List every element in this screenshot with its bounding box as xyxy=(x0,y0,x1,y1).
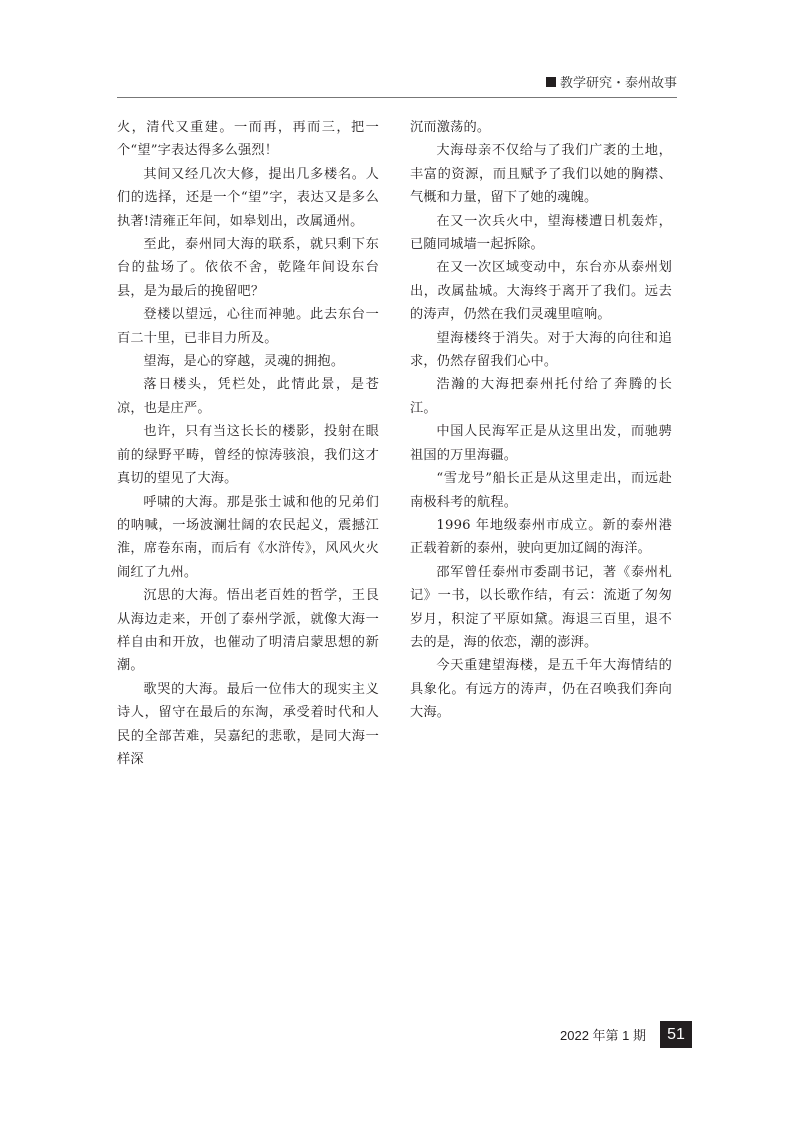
paragraph: 也许，只有当这长长的楼影，投射在眼前的绿野平畴，曾经的惊涛骇浪，我们这才真切的望… xyxy=(117,420,379,490)
page-footer: 2022 年第 1 期 51 xyxy=(560,1021,692,1048)
paragraph: 邵军曾任泰州市委副书记，著《泰州札记》一书，以长歌作结，有云：流逝了匆匆岁月，积… xyxy=(410,561,672,655)
paragraph: 在又一次区域变动中，东台亦从泰州划出，改属盐城。大海终于离开了我们。远去的涛声，… xyxy=(410,256,672,326)
paragraph: 浩瀚的大海把泰州托付给了奔腾的长江。 xyxy=(410,373,672,420)
page-number: 51 xyxy=(660,1021,692,1048)
paragraph: 沉思的大海。悟出老百姓的哲学，王艮从海边走来，开创了泰州学派，就像大海一样自由和… xyxy=(117,584,379,678)
paragraph: 沉而激荡的。 xyxy=(410,116,672,139)
left-column: 火，清代又重建。一而再，再而三，把一个“望”字表达得多么强烈！ 其间又经几次大修… xyxy=(117,116,379,771)
paragraph: 望海，是心的穿越，灵魂的拥抱。 xyxy=(117,350,379,373)
paragraph: 在又一次兵火中，望海楼遭日机轰炸，已随同城墙一起拆除。 xyxy=(410,210,672,257)
paragraph: 登楼以望远，心往而神驰。此去东台一百二十里，已非目力所及。 xyxy=(117,303,379,350)
issue-label: 2022 年第 1 期 xyxy=(560,1025,646,1044)
paragraph: “雪龙号”船长正是从这里走出，而远赴南极科考的航程。 xyxy=(410,467,672,514)
paragraph: 歌哭的大海。最后一位伟大的现实主义诗人，留守在最后的东淘，承受着时代和人民的全部… xyxy=(117,678,379,772)
paragraph: 大海母亲不仅给与了我们广袤的土地，丰富的资源，而且赋予了我们以她的胸襟、气概和力… xyxy=(410,139,672,209)
paragraph: 今天重建望海楼，是五千年大海情结的具象化。有远方的涛声，仍在召唤我们奔向大海。 xyxy=(410,654,672,724)
paragraph: 望海楼终于消失。对于大海的向往和追求，仍然存留我们心中。 xyxy=(410,327,672,374)
paragraph: 至此，泰州同大海的联系，就只剩下东台的盐场了。依依不舍，乾隆年间设东台县，是为最… xyxy=(117,233,379,303)
paragraph: 1996 年地级泰州市成立。新的泰州港正载着新的泰州，驶向更加辽阔的海洋。 xyxy=(410,514,672,561)
header-rule xyxy=(117,97,677,98)
paragraph: 其间又经几次大修，提出几多楼名。人们的选择，还是一个“望”字，表达又是多么执著!… xyxy=(117,163,379,233)
paragraph: 火，清代又重建。一而再，再而三，把一个“望”字表达得多么强烈！ xyxy=(117,116,379,163)
right-column: 沉而激荡的。 大海母亲不仅给与了我们广袤的土地，丰富的资源，而且赋予了我们以她的… xyxy=(410,116,672,725)
section-title: 教学研究・泰州故事 xyxy=(560,72,677,91)
square-bullet-icon xyxy=(546,77,556,87)
paragraph: 呼啸的大海。那是张士诚和他的兄弟们的呐喊，一场波澜壮阔的农民起义，震撼江淮，席卷… xyxy=(117,491,379,585)
paragraph: 中国人民海军正是从这里出发，而驰骋祖国的万里海疆。 xyxy=(410,420,672,467)
paragraph: 落日楼头，凭栏处，此情此景，是苍凉，也是庄严。 xyxy=(117,373,379,420)
running-header: 教学研究・泰州故事 xyxy=(546,72,677,91)
